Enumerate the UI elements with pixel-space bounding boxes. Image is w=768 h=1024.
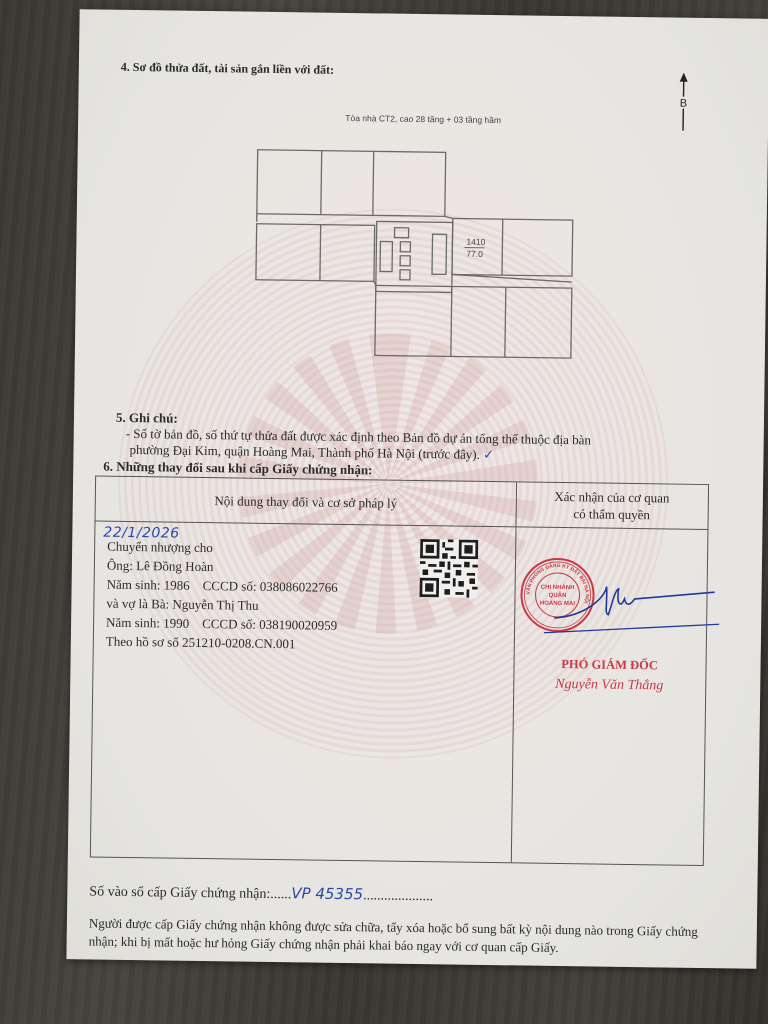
floor-plan-diagram: 1410 77.0 [243, 142, 586, 367]
signer-name: Nguyễn Văn Thắng [513, 676, 705, 695]
changes-table: Nội dung thay đổi và cơ sở pháp lý Xác n… [90, 475, 709, 866]
building-caption: Tòa nhà CT2, cao 28 tầng + 03 tầng hầm [78, 109, 768, 129]
entry-line: Theo hồ sơ số 251210-0208.CN.001 [106, 632, 337, 654]
handwritten-signature [544, 578, 725, 641]
column-divider [511, 482, 517, 862]
qr-code-icon [419, 539, 478, 598]
signer-title: PHÓ GIÁM ĐỐC [513, 656, 705, 674]
registry-label: Số vào sổ cấp Giấy chứng nhận: [89, 884, 270, 902]
pen-check-mark: ✓ [483, 448, 494, 463]
svg-text:1410: 1410 [466, 237, 485, 247]
land-certificate-page: 4. Sơ đồ thửa đất, tài sản gắn liền với … [66, 9, 768, 969]
registry-number-line: Số vào sổ cấp Giấy chứng nhận:......VP 4… [89, 881, 433, 905]
certificate-content: 4. Sơ đồ thửa đất, tài sản gắn liền với … [66, 9, 768, 969]
column-header-confirmation: Xác nhận của cơ quan có thẩm quyền [516, 487, 708, 524]
svg-text:B: B [680, 98, 688, 110]
section-4-title: 4. Sơ đồ thửa đất, tài sản gắn liền với … [121, 60, 334, 78]
svg-text:77.0: 77.0 [466, 249, 483, 259]
registry-number: VP 45355 [291, 884, 363, 903]
change-entry: Chuyển nhượng cho Ông: Lê Đồng Hoàn Năm … [106, 537, 339, 654]
column-header-content: Nội dung thay đổi và cơ sở pháp lý [96, 492, 516, 514]
disclaimer-text: Người được cấp Giấy chứng nhận không đượ… [89, 914, 729, 959]
section-5-notes: 5. Ghi chú: - Số tờ bản đồ, số thứ tự th… [115, 410, 591, 466]
